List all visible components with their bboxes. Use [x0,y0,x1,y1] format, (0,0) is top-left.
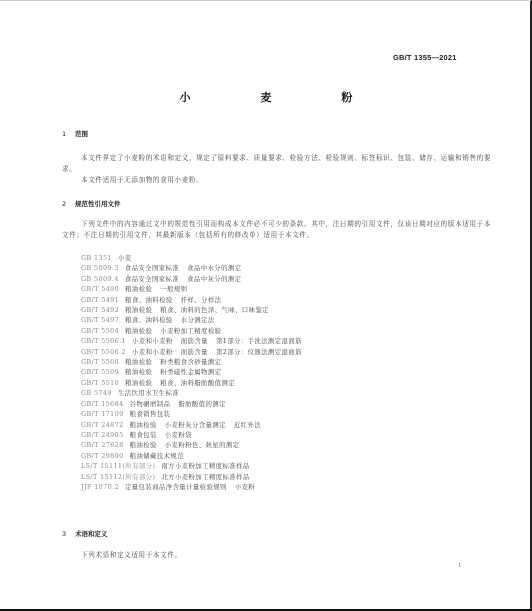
standard-code: GB/T 1355—2021 [393,53,457,62]
reference-item: GB/T 5504粮油检验小麦粉加工精度检验 [81,326,302,336]
reference-item: GB 5009.4食品安全国家标准食品中灰分的测定 [81,274,302,284]
reference-item: GB 5749生活饮用水卫生标准 [81,388,302,398]
section-1-paragraph-2: 本文件适用于无添加物的食用小麦粉。 [62,175,492,186]
section-number: 3 [62,530,75,538]
section-3-paragraph-1: 下列术语和定义适用于本文件。 [62,550,492,561]
section-1-paragraph-1: 本文件界定了小麦粉的术语和定义，规定了原料要求、质量要求、检验方法、检验规则、标… [62,153,492,174]
reference-item: GB/T 5509粮油检验粉类磁性金属物测定 [81,367,302,377]
reference-item: GB/T 5492粮油检验粮食、油料的色泽、气味、口味鉴定 [81,305,302,315]
reference-item: GB/T 15684谷物碾磨制品脂肪酸值的测定 [81,399,302,409]
section-1-heading: 1范围 [62,129,88,138]
reference-item: GB/T 5497粮食、油料检验水分测定法 [81,315,302,325]
reference-item: LS/T 15112(所有部分)北方小麦粉加工精度标准样品 [81,472,302,482]
document-title: 小 麦 粉 [0,89,532,105]
section-title: 规范性引用文件 [75,200,121,208]
reference-item: GB/T 5506.1小麦和小麦粉面筋含量第1部分：手洗法测定湿面筋 [81,336,302,346]
normative-references-list: GB 1351小麦 GB 5009.3食品安全国家标准食品中水分的测定 GB 5… [81,253,302,492]
reference-item: GB/T 29890粮油储藏技术规范 [81,451,302,461]
section-number: 2 [62,200,75,208]
reference-item: GB/T 24905粮食包装小麦粉袋 [81,430,302,440]
reference-item: GB/T 5508粮油检验粉类粮食含砂量测定 [81,357,302,367]
reference-item: GB/T 5490粮油检验一般规则 [81,284,302,294]
page-number: 1 [458,563,462,569]
reference-item: GB/T 17109粮食销售包装 [81,409,302,419]
reference-item: GB/T 24872粮油检验小麦粉灰分含量测定近红外法 [81,420,302,430]
section-title: 范围 [75,130,88,138]
reference-item: JJF 1070.2定量包装商品净含量计量检验规则小麦粉 [81,482,302,492]
section-2-paragraph-1: 下列文件中的内容通过文中的规范性引用而构成本文件必不可少的条款。其中，注日期的引… [62,219,492,240]
reference-item: GB 5009.3食品安全国家标准食品中水分的测定 [81,263,302,273]
reference-item: GB/T 27628粮油检验小麦粉粉色、麸星的测定 [81,440,302,450]
section-title: 术语和定义 [75,530,108,538]
section-number: 1 [62,130,75,138]
section-2-heading: 2规范性引用文件 [62,199,121,208]
reference-item: GB/T 5510粮油检验粮食、油料脂肪酸值测定 [81,378,302,388]
reference-item: GB/T 5491粮食、油料检验扦样、分样法 [81,295,302,305]
document-page: GB/T 1355—2021 小 麦 粉 1范围 本文件界定了小麦粉的术语和定义… [0,0,532,611]
reference-item: LS/T 15111(所有部分)南方小麦粉加工精度标准样品 [81,461,302,471]
reference-item: GB/T 5506.2小麦和小麦粉面筋含量第2部分：仪器法测定湿面筋 [81,347,302,357]
reference-item: GB 1351小麦 [81,253,302,263]
section-3-heading: 3术语和定义 [62,529,108,538]
